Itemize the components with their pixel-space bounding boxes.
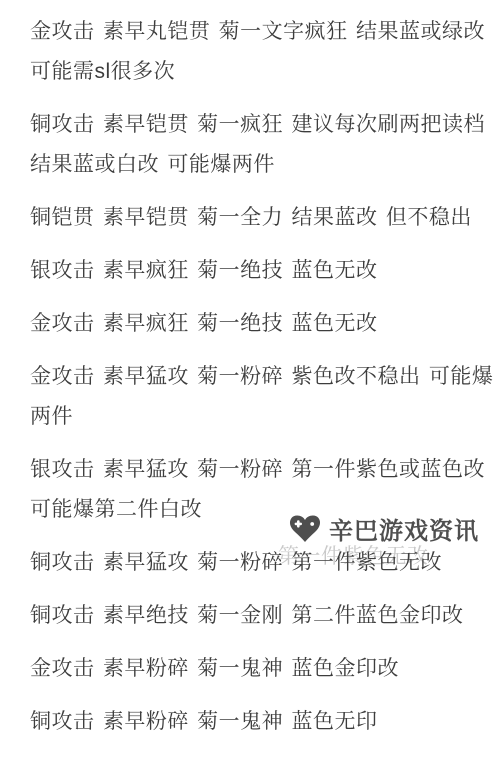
note-line: 金攻击 素早丸铠贯 菊一文字疯狂 结果蓝或绿改 (30, 12, 478, 52)
note-line: 银攻击 素早猛攻 菊一粉碎 第一件紫色或蓝色改 (30, 450, 478, 490)
note-line: 铜攻击 素早粉碎 菊一鬼神 蓝色无印 (30, 702, 478, 742)
note-paragraph: 银攻击 素早疯狂 菊一绝技 蓝色无改 (30, 251, 478, 291)
note-line: 铜攻击 素早铠贯 菊一疯狂 建议每次刷两把读档 (30, 105, 478, 145)
note-line: 金攻击 素早猛攻 菊一粉碎 紫色改不稳出 可能爆 (30, 357, 478, 397)
notes-list: 金攻击 素早丸铠贯 菊一文字疯狂 结果蓝或绿改 可能需sl很多次 铜攻击 素早铠… (30, 12, 478, 742)
note-paragraph: 金攻击 素早疯狂 菊一绝技 蓝色无改 (30, 304, 478, 344)
note-line: 两件 (30, 397, 478, 437)
note-paragraph: 金攻击 素早丸铠贯 菊一文字疯狂 结果蓝或绿改 可能需sl很多次 (30, 12, 478, 92)
note-line: 铜攻击 素早绝技 菊一金刚 第二件蓝色金印改 (30, 596, 478, 636)
note-paragraph: 铜攻击 素早铠贯 菊一疯狂 建议每次刷两把读档 结果蓝或白改 可能爆两件 (30, 105, 478, 185)
note-paragraph: 铜攻击 素早粉碎 菊一鬼神 蓝色无印 (30, 702, 478, 742)
note-line: 铜铠贯 素早铠贯 菊一全力 结果蓝改 但不稳出 (30, 198, 478, 238)
note-line: 银攻击 素早疯狂 菊一绝技 蓝色无改 (30, 251, 478, 291)
note-paragraph: 铜攻击 素早绝技 菊一金刚 第二件蓝色金印改 (30, 596, 478, 636)
gamepad-heart-icon (288, 513, 322, 544)
notes-page: 第一件紫色无改 金攻击 素早丸铠贯 菊一文字疯狂 结果蓝或绿改 可能需sl很多次… (0, 0, 500, 764)
note-line: 金攻击 素早粉碎 菊一鬼神 蓝色金印改 (30, 649, 478, 689)
watermark: 辛巴游戏资讯 (288, 511, 479, 546)
note-line: 铜攻击 素早猛攻 菊一粉碎 第一件紫色无改 (30, 543, 478, 583)
note-line: 金攻击 素早疯狂 菊一绝技 蓝色无改 (30, 304, 478, 344)
note-paragraph: 铜攻击 素早猛攻 菊一粉碎 第一件紫色无改 (30, 543, 478, 583)
watermark-label: 辛巴游戏资讯 (329, 511, 479, 546)
note-line: 结果蓝或白改 可能爆两件 (30, 145, 478, 185)
note-paragraph: 金攻击 素早粉碎 菊一鬼神 蓝色金印改 (30, 649, 478, 689)
note-paragraph: 铜铠贯 素早铠贯 菊一全力 结果蓝改 但不稳出 (30, 198, 478, 238)
note-paragraph: 金攻击 素早猛攻 菊一粉碎 紫色改不稳出 可能爆 两件 (30, 357, 478, 437)
note-line: 可能需sl很多次 (30, 52, 478, 92)
